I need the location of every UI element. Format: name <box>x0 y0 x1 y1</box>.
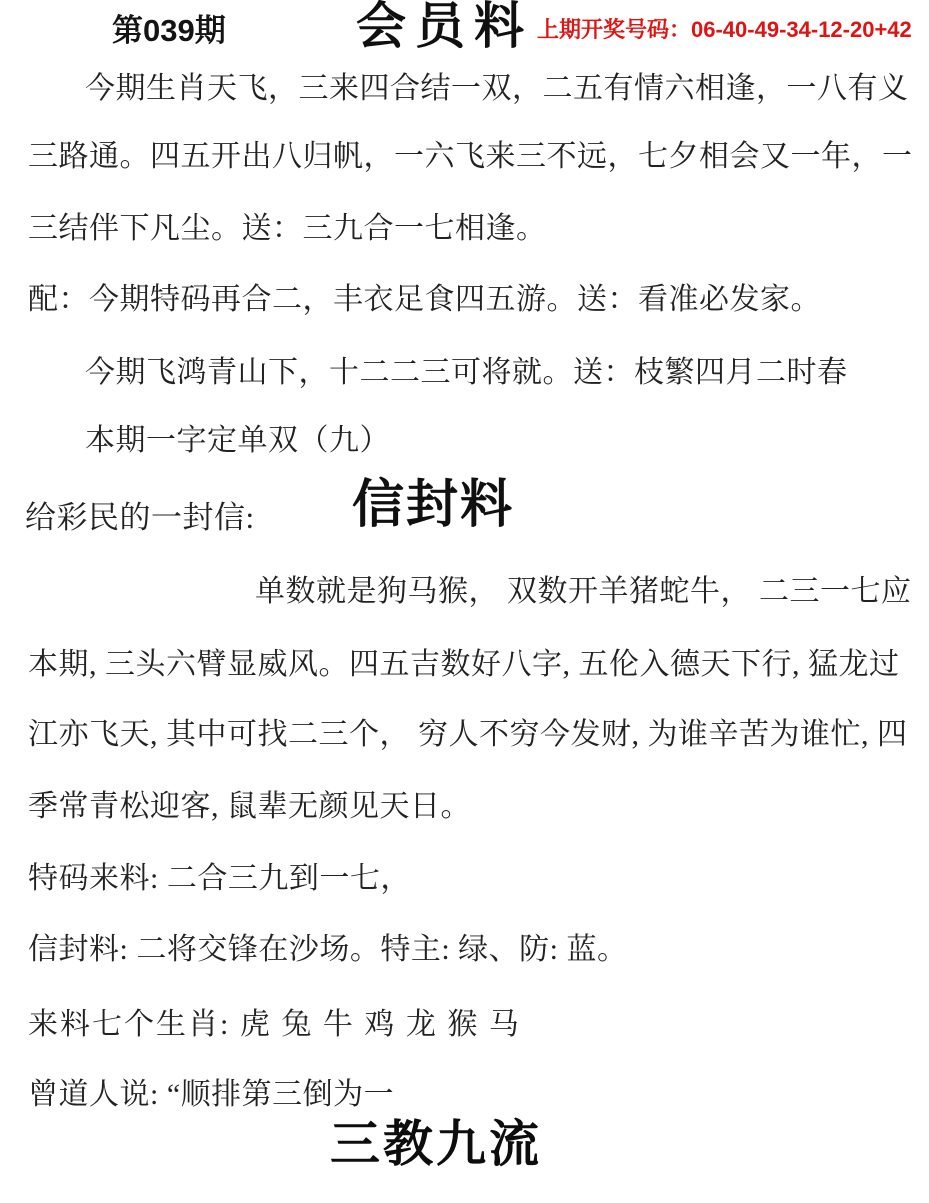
lottery-tip-sheet-page: 第039期 会员料 上期开奖号码：06-40-49-34-12-20+42 今期… <box>0 0 929 1203</box>
member-verse-line: 本期一字定单双（九） <box>85 424 390 459</box>
last-draw-numbers: 上期开奖号码：06-40-49-34-12-20+42 <box>537 17 912 42</box>
letter-text-line: 单数就是狗马猴， 双数开羊猪蛇牛， 二三一七应 <box>255 575 912 610</box>
letter-section-title: 信封料 <box>352 476 514 536</box>
zodiac-tip-line: 来料七个生肖: 虎 兔 牛 鸡 龙 猴 马 <box>28 1008 521 1043</box>
letter-text-line: 本期, 三头六臂显威风。四五吉数好八字, 五伦入德天下行, 猛龙过 <box>28 648 900 683</box>
footer-title: 三教九流 <box>330 1116 542 1174</box>
letter-text-line: 江亦飞天, 其中可找二三个， 穷人不穷今发财, 为谁辛苦为谁忙, 四 <box>28 718 908 753</box>
member-verse-line: 配：今期特码再合二，丰衣足食四五游。送：看准必发家。 <box>28 283 821 318</box>
member-verse-line: 三路通。四五开出八归帆，一六飞来三不远，七夕相会又一年，一 <box>28 140 913 175</box>
page-title: 会员料 <box>356 0 533 56</box>
envelope-tip-line: 信封料: 二将交锋在沙场。特主: 绿、防: 蓝。 <box>28 933 628 968</box>
member-verse-line: 今期飞鸿青山下，十二二三可将就。送：枝繁四月二时春 <box>85 356 848 391</box>
issue-number-label: 第039期 <box>112 13 226 49</box>
member-verse-line: 今期生肖天飞，三来四合结一双，二五有情六相逢，一八有义 <box>85 72 909 107</box>
letter-intro-label: 给彩民的一封信: <box>25 500 255 536</box>
letter-text-line: 季常青松迎客, 鼠辈无颜见天日。 <box>28 790 471 825</box>
zengdaoren-quote-line: 曾道人说: “顺排第三倒为一 <box>28 1078 394 1113</box>
special-code-tip-line: 特码来料: 二合三九到一七， <box>28 862 411 897</box>
member-verse-line: 三结伴下凡尘。送：三九合一七相逢。 <box>28 212 547 247</box>
